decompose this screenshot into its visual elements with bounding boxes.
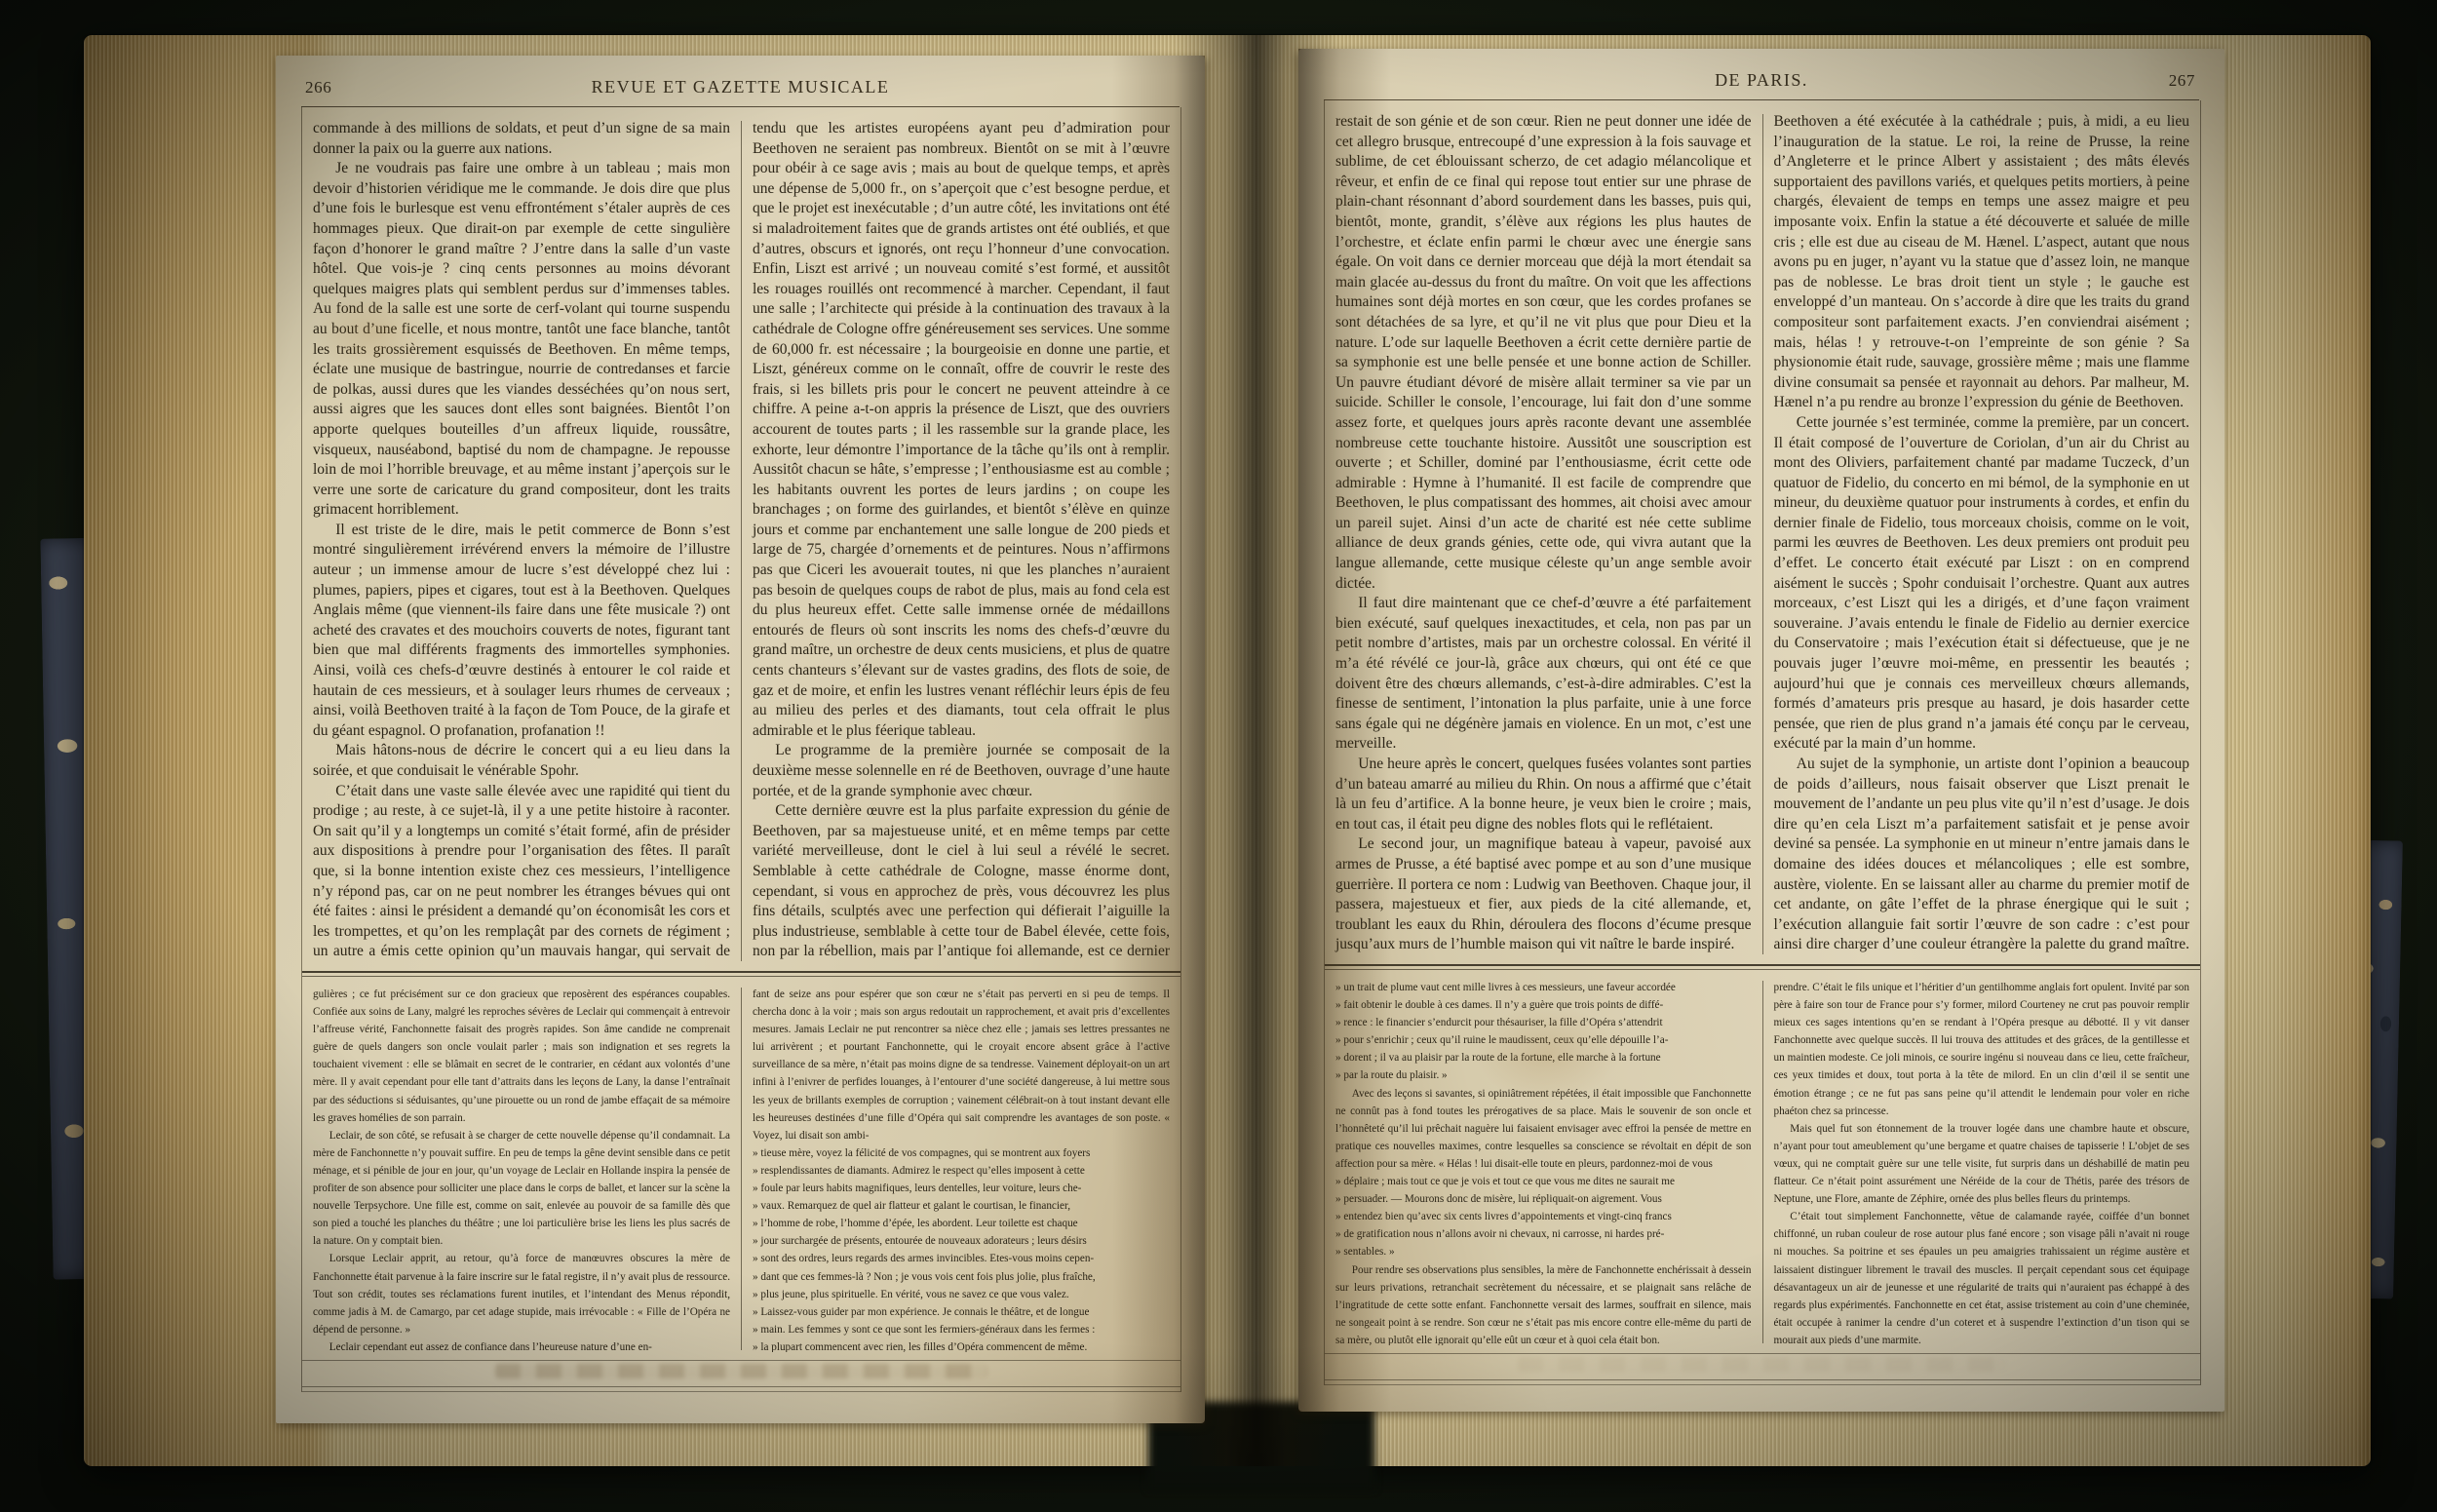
ink-show-through [495,1364,987,1378]
main-column-2: tendu que les artistes européens ayant p… [742,119,1180,963]
main-column-4: Beethoven a été exécutée à la cathédrale… [1763,112,2201,956]
feuilleton-separator-rule [1325,964,2200,970]
main-column-3: restait de son génie et de son cœur. Rie… [1325,112,1762,956]
right-page-header: DE PARIS. 267 [1328,70,2195,91]
feuilleton-column-1: gulières ; ce fut précisément sur ce don… [302,986,741,1352]
ink-show-through [1518,1357,2008,1372]
bottom-rule [1325,1353,2200,1354]
main-section-right: restait de son génie et de son cœur. Rie… [1325,100,2200,956]
page-number-right: 267 [2117,71,2195,91]
page-number-left: 266 [305,78,383,97]
feuilleton-column-2: fant de seize ans pour espérer que son c… [742,986,1180,1352]
running-title-right: DE PARIS. [1406,70,2117,91]
feuilleton-column-4: prendre. C’était le fils unique et l’hér… [1763,979,2201,1345]
bottom-rule [302,1360,1180,1361]
text-block-right: restait de son génie et de son cœur. Rie… [1324,100,2201,1385]
running-title-left: REVUE ET GAZETTE MUSICALE [383,77,1098,97]
text-block-left: commande à des millions de soldats, et p… [301,107,1181,1392]
feuilleton-column-3: » un trait de plume vaut cent mille livr… [1325,979,1762,1345]
feuilleton-section-left: gulières ; ce fut précisément sur ce don… [302,979,1180,1352]
feuilleton-section-right: » un trait de plume vaut cent mille livr… [1325,972,2200,1345]
left-page-header: 266 REVUE ET GAZETTE MUSICALE [305,77,1176,97]
bottom-frame-rule [302,1386,1180,1392]
feuilleton-separator-rule [302,971,1180,977]
book-photo: 266 REVUE ET GAZETTE MUSICALE commande à… [0,0,2437,1512]
main-column-1: commande à des millions de soldats, et p… [302,119,741,963]
bottom-frame-rule [1325,1379,2200,1385]
right-page: DE PARIS. 267 restait de son génie et de… [1298,49,2224,1412]
left-page: 266 REVUE ET GAZETTE MUSICALE commande à… [276,56,1205,1423]
main-section-left: commande à des millions de soldats, et p… [302,107,1180,963]
